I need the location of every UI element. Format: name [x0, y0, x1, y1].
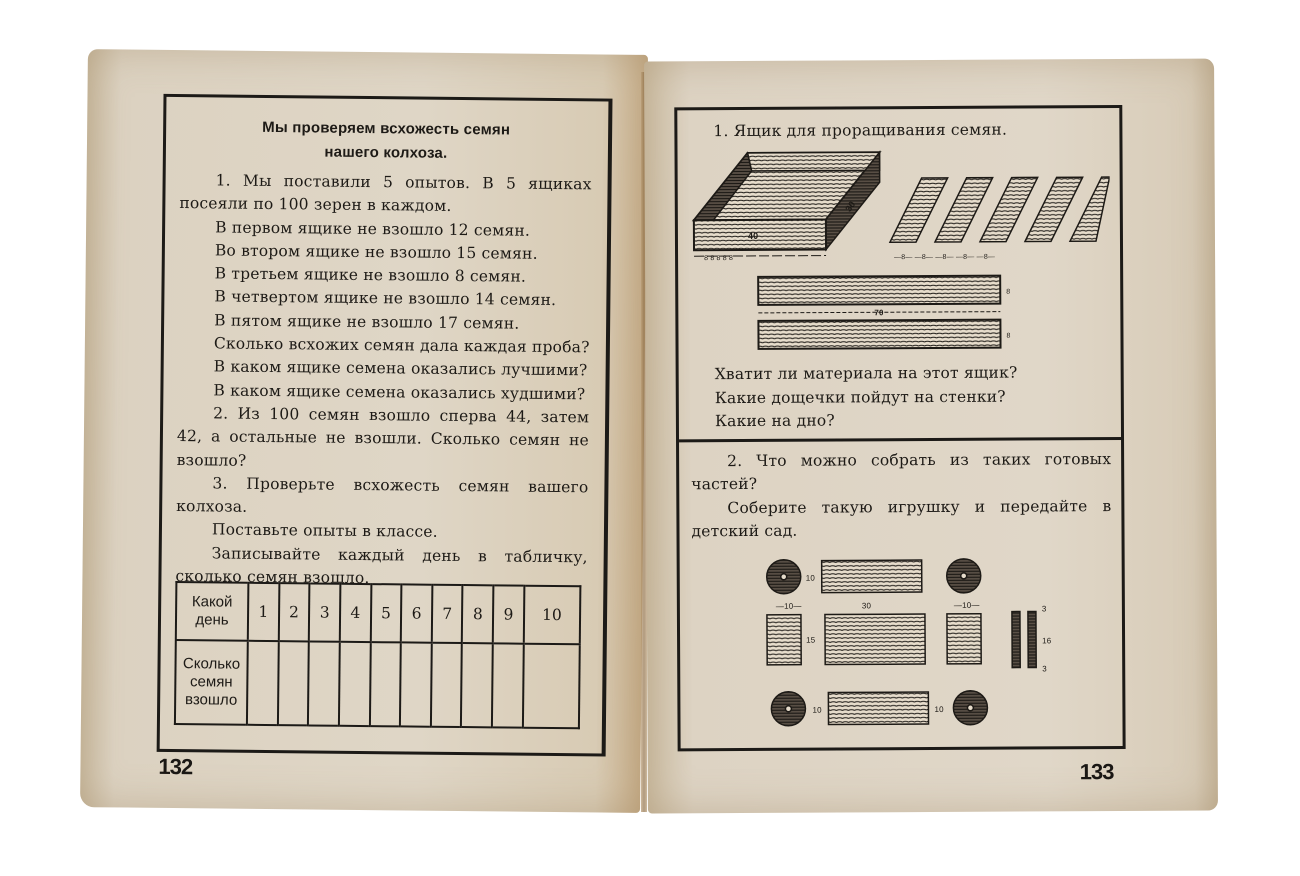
- row-header-day: Какой день: [176, 582, 249, 641]
- boards-illustration: 70 8 8: [690, 271, 1110, 353]
- question-line: Какие на дно?: [715, 408, 1111, 433]
- dim-block-length: 30: [862, 602, 872, 611]
- task-1-intro: 1. Мы поставили 5 опытов. В 5 ящиках пос…: [179, 169, 591, 220]
- svg-text:3: 3: [1042, 665, 1047, 674]
- dim-40: 40: [748, 231, 758, 241]
- count-cell: [461, 643, 493, 727]
- count-cell: [247, 641, 279, 725]
- section-divider: [679, 437, 1123, 442]
- page-number-right: 133: [1080, 759, 1114, 785]
- dim-wheel: 10: [806, 574, 816, 583]
- count-cell: [369, 642, 401, 726]
- count-cell: [278, 641, 310, 725]
- question-line: Хватит ли материала на этот ящик?: [715, 361, 1111, 386]
- left-page: Мы проверяем всхожесть семян нашего колх…: [80, 49, 648, 813]
- page-number-left: 132: [158, 754, 192, 780]
- count-cell: [523, 644, 580, 729]
- table-row-count: Сколько семян взошло: [175, 640, 580, 728]
- open-book: Мы проверяем всхожесть семян нашего колх…: [84, 52, 1216, 812]
- svg-text:—10—: —10—: [776, 602, 802, 611]
- svg-text:8 8 8 8 8: 8 8 8 8 8: [704, 255, 733, 262]
- count-cell: [400, 642, 432, 726]
- seed-germination-table: Какой день 1 2 3 4 5 6 7 8 9 10 Сколько …: [174, 581, 581, 729]
- svg-text:10: 10: [812, 706, 822, 715]
- day-cell: 5: [370, 584, 401, 642]
- count-cell: [431, 643, 463, 727]
- left-page-title: Мы проверяем всхожесть семян нашего колх…: [180, 115, 592, 167]
- svg-text:3: 3: [1042, 605, 1047, 614]
- day-cell: 4: [340, 584, 371, 642]
- left-page-frame: Мы проверяем всхожесть семян нашего колх…: [157, 94, 613, 757]
- right-page: 1. Ящик для проращивания семян.: [644, 59, 1218, 814]
- task-3: 3. Проверьте всхожесть семян вашего колх…: [176, 472, 588, 523]
- svg-text:10: 10: [934, 705, 944, 714]
- day-cell: 9: [493, 585, 524, 643]
- seed-box-illustration: 40 30 8 8 8 8 8 —8— —8— —8— —8— —: [689, 141, 1110, 273]
- day-cell: 10: [524, 586, 581, 645]
- task-2-line-2: Соберите такую игрушку и передайте в дет…: [691, 495, 1111, 544]
- table-row-days: Какой день 1 2 3 4 5 6 7 8 9 10: [176, 582, 581, 644]
- toy-parts-illustration: 10 —10— 30 15 —10— 16 3 3 10 10: [692, 551, 1113, 733]
- dim-block-height: 15: [806, 636, 816, 645]
- day-cell: 3: [309, 583, 340, 641]
- day-cell: 8: [462, 585, 493, 643]
- svg-text:—10—: —10—: [954, 601, 980, 610]
- day-cell: 7: [432, 585, 463, 643]
- count-cell: [492, 643, 524, 727]
- task-2: 2. Из 100 семян взошло сперва 44, затем …: [177, 402, 590, 476]
- task-2: 2. Что можно собрать из таких готовых ча…: [691, 448, 1111, 497]
- count-cell: [308, 641, 340, 725]
- question-line: Какие дощечки пойдут на стенки?: [715, 385, 1111, 410]
- day-cell: 6: [401, 584, 432, 642]
- svg-text:8: 8: [1006, 289, 1010, 296]
- day-cell: 1: [248, 583, 279, 641]
- title-line-2: нашего колхоза.: [180, 139, 592, 167]
- dim-axle: 16: [1042, 637, 1052, 646]
- svg-text:8: 8: [1006, 333, 1010, 340]
- day-cell: 2: [278, 583, 309, 641]
- count-cell: [339, 642, 371, 726]
- right-page-frame: 1. Ящик для проращивания семян.: [674, 105, 1125, 751]
- task-1-title: 1. Ящик для проращивания семян.: [689, 118, 1109, 143]
- row-header-count: Сколько семян взошло: [175, 640, 248, 725]
- svg-text:—8— —8— —8— —8—: —8— —8— —8— —8— —8—: [894, 254, 995, 262]
- dim-70: 70: [874, 309, 884, 318]
